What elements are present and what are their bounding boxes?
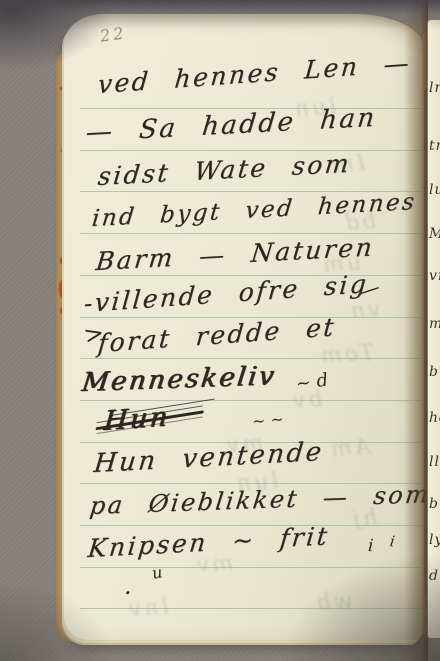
gutter-shadow [404,0,428,661]
right-page-edge [427,20,440,638]
notebook-page [64,14,424,640]
page-number: 22 [99,23,128,45]
photo-background: lunImbdumvnTombvmvAmlunhjmvlnvwb ved hen… [0,0,440,661]
